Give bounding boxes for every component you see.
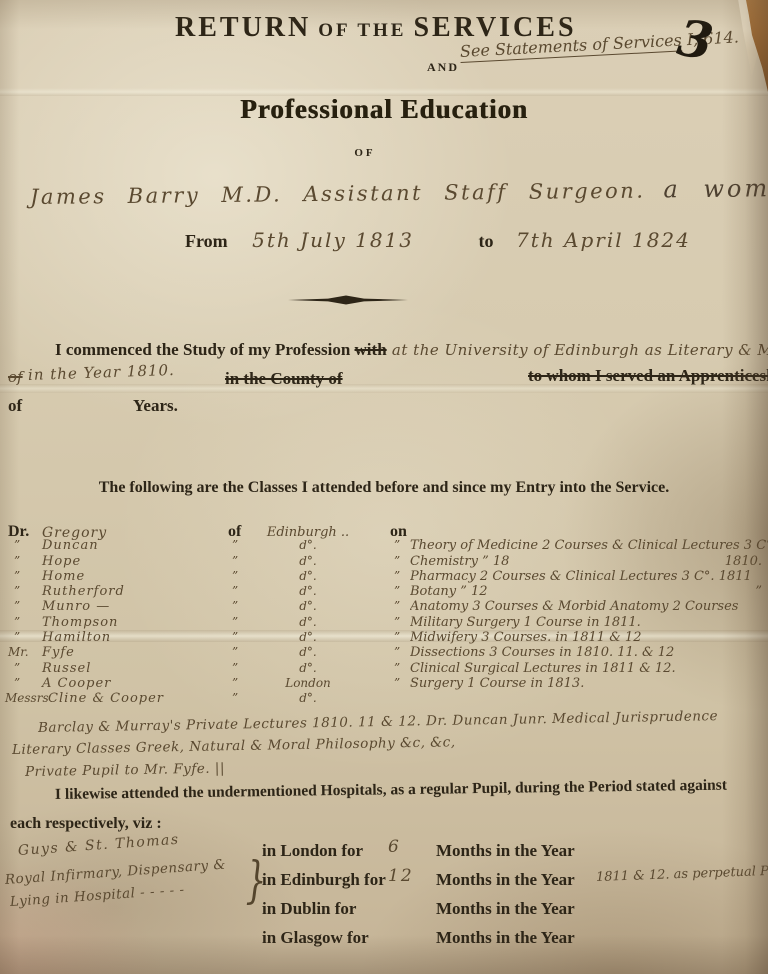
table-row: Dr. Gregory of Edinburgh .. on Practice … — [0, 523, 768, 538]
ditto-prefix: ” — [14, 661, 20, 675]
from-date: 5th July 1813 — [252, 228, 414, 252]
lecturer-name: Duncan — [42, 538, 99, 553]
subject-value: Chemistry ” 18 — [410, 554, 768, 569]
lecturer-name: A Cooper — [42, 676, 111, 691]
table-row: Messrs Cline & Cooper ” d°. — [0, 691, 768, 706]
struck-of-handwritten: of — [8, 368, 23, 386]
place-value: d°. — [252, 569, 364, 583]
subject-value: Surgery 1 Course in 1813. — [410, 676, 768, 691]
ditto-prefix: ” — [14, 630, 20, 644]
ditto-of: ” — [232, 676, 238, 690]
from-label: From — [185, 231, 228, 251]
ditto-of: ” — [232, 599, 238, 613]
struck-with: with — [355, 340, 387, 359]
subject-value: Theory of Medicine 2 Courses & Clinical … — [410, 538, 768, 553]
to-label: to — [479, 231, 494, 251]
table-row: ” Rutherford ” d°. ” Botany ” 12 ” — [0, 584, 768, 599]
subject-value: Dissections 3 Courses in 1810. 11. & 12 — [410, 645, 768, 660]
table-row: ” Hope ” d°. ” Chemistry ” 18 1810. — [0, 554, 768, 569]
place-value: d°. — [252, 645, 364, 659]
and-label: AND — [427, 60, 459, 75]
lecturer-name: Rutherford — [42, 584, 125, 599]
lecturer-name: Home — [42, 569, 85, 584]
hospital-months-value: 6 — [388, 837, 401, 857]
commenced-line1: I commenced the Study of my Profession w… — [55, 340, 768, 360]
ditto-prefix: ” — [14, 584, 20, 598]
hospitals-intro-line2: each respectively, viz : — [10, 815, 162, 833]
place-value: d°. — [252, 691, 364, 705]
months-in-year-label: Months in the Year — [436, 841, 575, 861]
ditto-of: ” — [232, 645, 238, 659]
ditto-prefix: ” — [14, 599, 20, 613]
ditto-prefix: ” — [14, 569, 20, 583]
ditto-prefix: ” — [14, 538, 20, 552]
name-value: James Barry M.D. Assistant Staff Surgeon… — [30, 179, 646, 209]
months-in-year-label: Months in the Year — [436, 928, 575, 948]
table-row: ” Hamilton ” d°. ” Midwifery 3 Courses. … — [0, 630, 768, 645]
lecturer-name: Hope — [42, 554, 81, 569]
ditto-of: ” — [232, 554, 238, 568]
subject-value: Military Surgery 1 Course in 1811. — [410, 615, 768, 630]
to-date: 7th April 1824 — [516, 228, 691, 252]
place-value: d°. — [252, 661, 364, 675]
hospital-row-label: in Dublin for — [262, 899, 356, 919]
years-word: Years. — [133, 396, 178, 416]
place-value: d°. — [252, 615, 364, 629]
struck-apprenticeship: to whom I served an Apprenticeship — [528, 366, 768, 386]
place-value: d°. — [252, 599, 364, 613]
subject-value: Midwifery 3 Courses. in 1811 & 12 — [410, 630, 768, 645]
of-word: of — [8, 396, 22, 416]
hospital-row-label: in Glasgow for — [262, 928, 369, 948]
place-value: d°. — [252, 584, 364, 598]
lecturer-name: Hamilton — [42, 630, 111, 645]
ditto-on: ” — [394, 676, 400, 690]
place-value: d°. — [252, 630, 364, 644]
ditto-on: ” — [394, 661, 400, 675]
of-label: OF — [0, 147, 730, 159]
ditto-on: ” — [394, 569, 400, 583]
subject-value: Botany ” 12 — [410, 584, 768, 599]
hospital-row-label: in Edinburgh for — [262, 870, 386, 890]
commenced-handwritten: at the University of Edinburgh as Litera… — [387, 341, 768, 359]
table-row: ” Duncan ” d°. ” Theory of Medicine 2 Co… — [0, 538, 768, 553]
place-value: d°. — [252, 538, 364, 552]
table-row: Mr. Fyfe ” d°. ” Dissections 3 Courses i… — [0, 645, 768, 660]
table-row: ” Russel ” d°. ” Clinical Surgical Lectu… — [0, 661, 768, 676]
ditto-of: ” — [232, 691, 238, 705]
ditto-on: ” — [394, 615, 400, 629]
woman-annotation: a woman — [663, 174, 768, 203]
ditto-on: ” — [394, 599, 400, 613]
ditto-prefix: ” — [14, 615, 20, 629]
year-value: ” — [755, 584, 762, 599]
months-in-year-label: Months in the Year — [436, 870, 575, 890]
ditto-of: ” — [232, 661, 238, 675]
ditto-of: ” — [232, 569, 238, 583]
ditto-on: ” — [394, 584, 400, 598]
place-value: d°. — [252, 554, 364, 568]
table-row: ” A Cooper ” London ” Surgery 1 Course i… — [0, 676, 768, 691]
ditto-prefix: ” — [14, 676, 20, 690]
ditto-prefix: ” — [14, 554, 20, 568]
messrs-prefix: Messrs — [5, 691, 49, 705]
lecturer-name: Fyfe — [42, 645, 75, 660]
table-row: ” Munro — ” d°. ” Anatomy 3 Courses & Mo… — [0, 599, 768, 614]
mr-prefix: Mr. — [8, 645, 29, 659]
title-of-the: OF THE — [318, 20, 406, 41]
subject-value: Anatomy 3 Courses & Morbid Anatomy 2 Cou… — [410, 599, 768, 614]
ditto-on: ” — [394, 538, 400, 552]
ditto-of: ” — [232, 615, 238, 629]
date-range-line: From 5th July 1813 to 7th April 1824 — [185, 228, 691, 252]
hospital-months-value: 12 — [388, 866, 414, 886]
lecturer-name: Cline & Cooper — [48, 691, 164, 706]
table-row: ” Thompson ” d°. ” Military Surgery 1 Co… — [0, 615, 768, 630]
year-value: 1810. — [725, 554, 762, 569]
classes-intro: The following are the Classes I attended… — [0, 479, 768, 497]
lecturer-name: Thompson — [42, 615, 118, 630]
place-value: London — [252, 676, 364, 690]
hospital-row-label: in London for — [262, 841, 363, 861]
lecturer-name: Russel — [42, 661, 91, 676]
struck-county: in the County of — [225, 369, 343, 389]
ditto-on: ” — [394, 554, 400, 568]
ditto-of: ” — [232, 584, 238, 598]
commenced-printed: I commenced the Study of my Profession — [55, 340, 355, 359]
ditto-on: ” — [394, 645, 400, 659]
months-in-year-label: Months in the Year — [436, 899, 575, 919]
diamond-divider — [288, 292, 408, 310]
classes-table: Dr. Gregory of Edinburgh .. on Practice … — [0, 523, 768, 707]
professional-education-title: Professional Education — [0, 94, 768, 125]
subject-value: Clinical Surgical Lectures in 1811 & 12. — [410, 661, 768, 676]
subject-value: Pharmacy 2 Courses & Clinical Lectures 3… — [410, 569, 768, 584]
title-return: RETURN — [175, 12, 311, 43]
ditto-on: ” — [394, 630, 400, 644]
lecturer-name: Munro — — [42, 599, 110, 614]
ditto-of: ” — [232, 538, 238, 552]
table-row: ” Home ” d°. ” Pharmacy 2 Courses & Clin… — [0, 569, 768, 584]
ditto-of: ” — [232, 630, 238, 644]
